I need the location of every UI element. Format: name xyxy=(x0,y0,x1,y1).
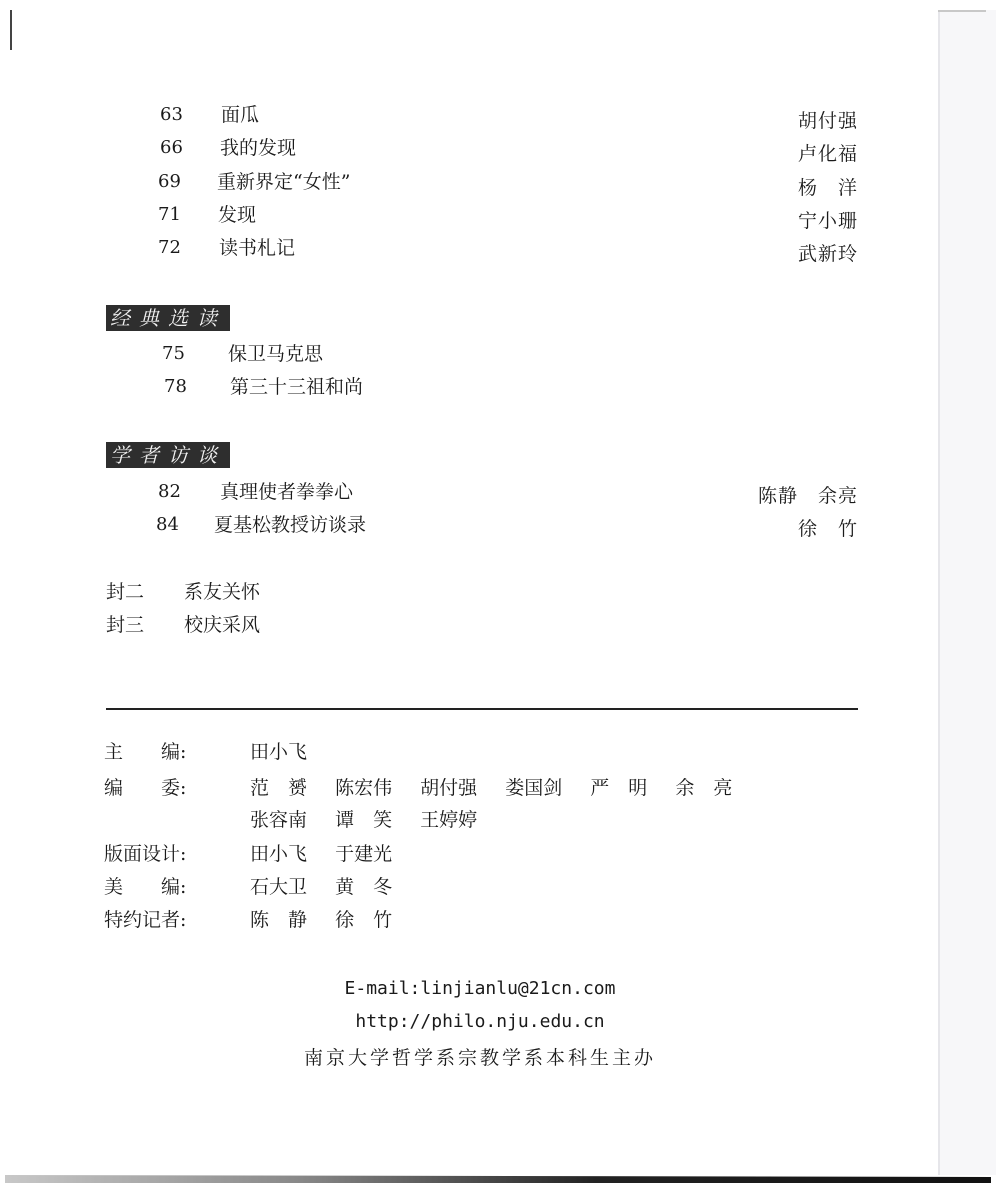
entry-author: 杨 洋 xyxy=(798,177,858,199)
cover-title: 系友关怀 xyxy=(184,581,260,603)
cover-title: 校庆采风 xyxy=(184,614,260,636)
credit-name: 胡付强 xyxy=(420,777,477,799)
page-number: 82 xyxy=(158,481,181,503)
page-number: 84 xyxy=(156,514,179,536)
credit-names: 田小飞 于建光 xyxy=(250,843,414,865)
entry-author: 卢化福 xyxy=(798,143,858,165)
credit-name: 范 赟 xyxy=(250,777,307,799)
footer-url[interactable]: http://philo.nju.edu.cn xyxy=(0,1011,960,1032)
credit-label: 主 编: xyxy=(104,741,234,763)
entry-title: 第三十三祖和尚 xyxy=(230,376,363,398)
page-number: 75 xyxy=(162,343,185,365)
scan-edge-right-top xyxy=(938,10,986,12)
page-number: 72 xyxy=(158,237,181,259)
credit-label: 特约记者: xyxy=(104,909,234,931)
page-number: 78 xyxy=(164,376,187,398)
credit-label: 美 编: xyxy=(104,876,234,898)
page-number: 66 xyxy=(160,137,183,159)
credit-name: 田小飞 xyxy=(250,741,307,763)
entry-title: 夏基松教授访谈录 xyxy=(214,514,366,536)
entry-title: 我的发现 xyxy=(220,137,296,159)
credit-name: 徐 竹 xyxy=(335,909,392,931)
page-number: 71 xyxy=(158,204,181,226)
credit-name: 严 明 xyxy=(590,777,647,799)
entry-author: 武新玲 xyxy=(798,243,858,265)
credit-name: 于建光 xyxy=(335,843,392,865)
entry-title: 重新界定“女性” xyxy=(217,171,350,193)
credit-name: 谭 笑 xyxy=(335,809,392,831)
scan-edge-right xyxy=(938,10,996,1175)
credit-name: 黄 冬 xyxy=(335,876,392,898)
cover-label: 封二 xyxy=(106,581,144,603)
credit-name: 余 亮 xyxy=(675,777,732,799)
credit-name: 陈宏伟 xyxy=(335,777,392,799)
page-number: 69 xyxy=(158,171,181,193)
entry-author: 宁小珊 xyxy=(798,210,858,232)
credit-names: 张容南 谭 笑 王婷婷 xyxy=(250,809,499,831)
page-number: 63 xyxy=(160,104,183,126)
divider-line xyxy=(106,708,858,710)
credit-name: 石大卫 xyxy=(250,876,307,898)
entry-title: 真理使者拳拳心 xyxy=(220,481,353,503)
credit-name: 田小飞 xyxy=(250,843,307,865)
section-label-interviews: 学者访谈 xyxy=(106,442,230,468)
credit-names: 范 赟 陈宏伟 胡付强 娄国剑 严 明 余 亮 xyxy=(250,777,754,799)
section-label-classics: 经典选读 xyxy=(106,305,230,331)
credit-names: 田小飞 xyxy=(250,741,329,763)
cover-label: 封三 xyxy=(106,614,144,636)
entry-title: 面瓜 xyxy=(221,104,259,126)
scan-edge-left xyxy=(10,10,12,50)
credit-name: 张容南 xyxy=(250,809,307,831)
credit-label: 版面设计: xyxy=(104,843,234,865)
entry-author: 徐 竹 xyxy=(798,518,858,540)
credit-names: 陈 静 徐 竹 xyxy=(250,909,414,931)
entry-author: 胡付强 xyxy=(798,110,858,132)
footer-email[interactable]: E-mail:linjianlu@21cn.com xyxy=(0,978,960,999)
entry-title: 保卫马克思 xyxy=(228,343,323,365)
scan-edge-bottom xyxy=(5,1173,991,1183)
entry-author: 陈静 余亮 xyxy=(758,485,858,507)
credit-name: 娄国剑 xyxy=(505,777,562,799)
entry-title: 读书札记 xyxy=(219,237,295,259)
credit-name: 陈 静 xyxy=(250,909,307,931)
credit-label: 编 委: xyxy=(104,777,234,799)
credit-names: 石大卫 黄 冬 xyxy=(250,876,414,898)
footer-publisher: 南京大学哲学系宗教学系本科生主办 xyxy=(0,1043,960,1070)
entry-title: 发现 xyxy=(218,204,256,226)
credit-name: 王婷婷 xyxy=(420,809,477,831)
